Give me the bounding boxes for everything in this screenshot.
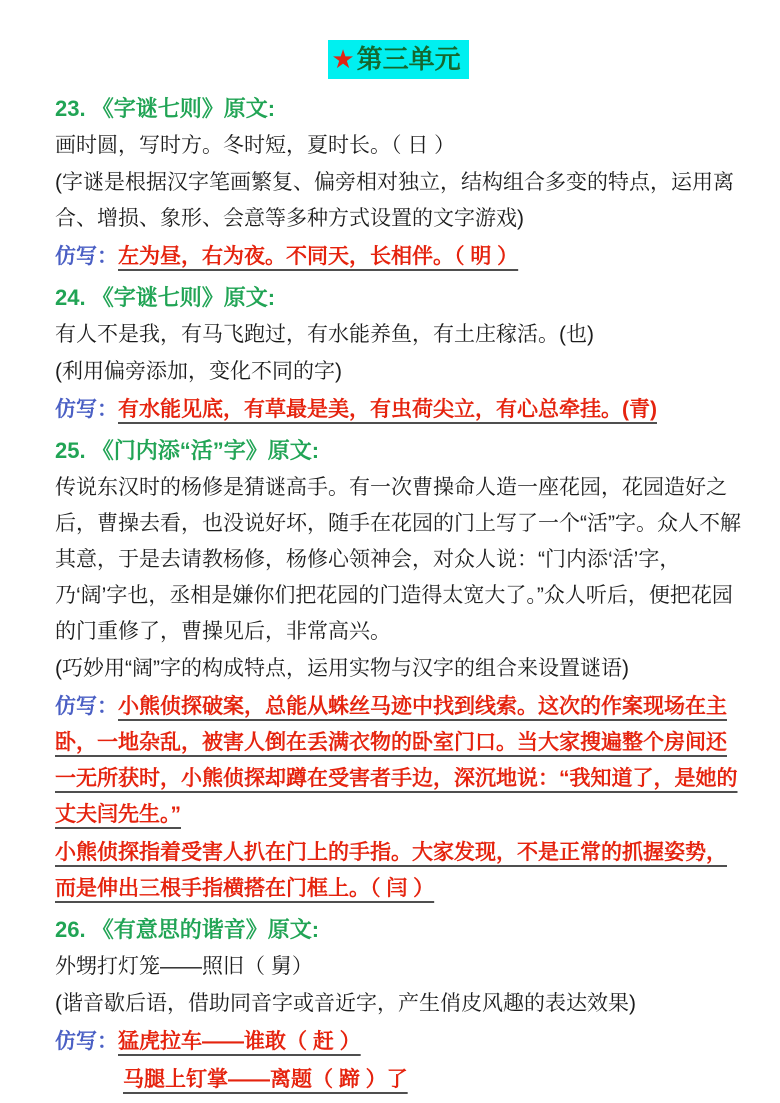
- section-26: 26. 《有意思的谐音》原文: 外甥打灯笼——照旧（ 舅） (谐音歇后语，借助同…: [55, 912, 742, 1098]
- star-icon: ★: [331, 44, 354, 74]
- fangxie-label: 仿写：: [55, 245, 118, 268]
- fangxie-answer: 左为昼，右为夜。不同天，长相伴。（ 明 ）: [118, 245, 518, 268]
- fangxie-paragraph: 仿写：左为昼，右为夜。不同天，长相伴。（ 明 ）: [55, 239, 742, 275]
- section-heading: 24. 《字谜七则》原文:: [55, 280, 742, 316]
- page-title-text: 第三单元: [357, 44, 461, 74]
- document-page: ★第三单元 23. 《字谜七则》原文: 画时圆，写时方。冬时短，夏时长。（ 日 …: [0, 0, 780, 1098]
- section-heading: 23. 《字谜七则》原文:: [55, 91, 742, 127]
- section-heading: 26. 《有意思的谐音》原文:: [55, 912, 742, 948]
- original-text: 有人不是我，有马飞跑过，有水能养鱼，有土庄稼活。(也): [55, 317, 742, 353]
- fangxie-continuation: 马腿上钉掌——离题（ 蹄 ）了: [55, 1062, 742, 1098]
- section-23: 23. 《字谜七则》原文: 画时圆，写时方。冬时短，夏时长。（ 日 ） (字谜是…: [55, 91, 742, 275]
- section-25: 25. 《门内添“活”字》原文: 传说东汉时的杨修是猜谜高手。有一次曹操命人造一…: [55, 433, 742, 907]
- fangxie-label: 仿写：: [55, 398, 118, 421]
- section-24: 24. 《字谜七则》原文: 有人不是我，有马飞跑过，有水能养鱼，有土庄稼活。(也…: [55, 280, 742, 428]
- note-text: (字谜是根据汉字笔画繁复、偏旁相对独立，结构组合多变的特点，运用离合、增损、象形…: [55, 165, 742, 237]
- fangxie-paragraph: 仿写：猛虎拉车——谁敢（ 赶 ）: [55, 1024, 742, 1060]
- fangxie-label: 仿写：: [55, 695, 118, 718]
- fangxie-answer: 小熊侦探破案，总能从蛛丝马迹中找到线索。这次的作案现场在主卧，一地杂乱，被害人倒…: [55, 695, 738, 826]
- fangxie-answer: 马腿上钉掌——离题（ 蹄 ）了: [123, 1068, 408, 1091]
- fangxie-answer: 小熊侦探指着受害人扒在门上的手指。大家发现，不是正常的抓握姿势，而是伸出三根手指…: [55, 841, 727, 900]
- fangxie-answer: 猛虎拉车——谁敢（ 赶 ）: [118, 1030, 361, 1053]
- fangxie-continuation: 小熊侦探指着受害人扒在门上的手指。大家发现，不是正常的抓握姿势，而是伸出三根手指…: [55, 835, 742, 907]
- section-heading: 25. 《门内添“活”字》原文:: [55, 433, 742, 469]
- note-text: (利用偏旁添加，变化不同的字): [55, 354, 742, 390]
- original-text: 传说东汉时的杨修是猜谜高手。有一次曹操命人造一座花园，花园造好之后，曹操去看，也…: [55, 470, 742, 650]
- original-text: 外甥打灯笼——照旧（ 舅）: [55, 949, 742, 985]
- note-text: (谐音歇后语，借助同音字或音近字，产生俏皮风趣的表达效果): [55, 986, 742, 1022]
- page-title: ★第三单元: [328, 40, 468, 79]
- page-title-row: ★第三单元: [55, 40, 742, 79]
- fangxie-label: 仿写：: [55, 1030, 118, 1053]
- note-text: (巧妙用“阔”字的构成特点，运用实物与汉字的组合来设置谜语): [55, 651, 742, 687]
- fangxie-answer: 有水能见底，有草最是美，有虫荷尖立，有心总牵挂。(青): [118, 398, 657, 421]
- fangxie-paragraph: 仿写：小熊侦探破案，总能从蛛丝马迹中找到线索。这次的作案现场在主卧，一地杂乱，被…: [55, 689, 742, 833]
- original-text: 画时圆，写时方。冬时短，夏时长。（ 日 ）: [55, 128, 742, 164]
- fangxie-paragraph: 仿写：有水能见底，有草最是美，有虫荷尖立，有心总牵挂。(青): [55, 392, 742, 428]
